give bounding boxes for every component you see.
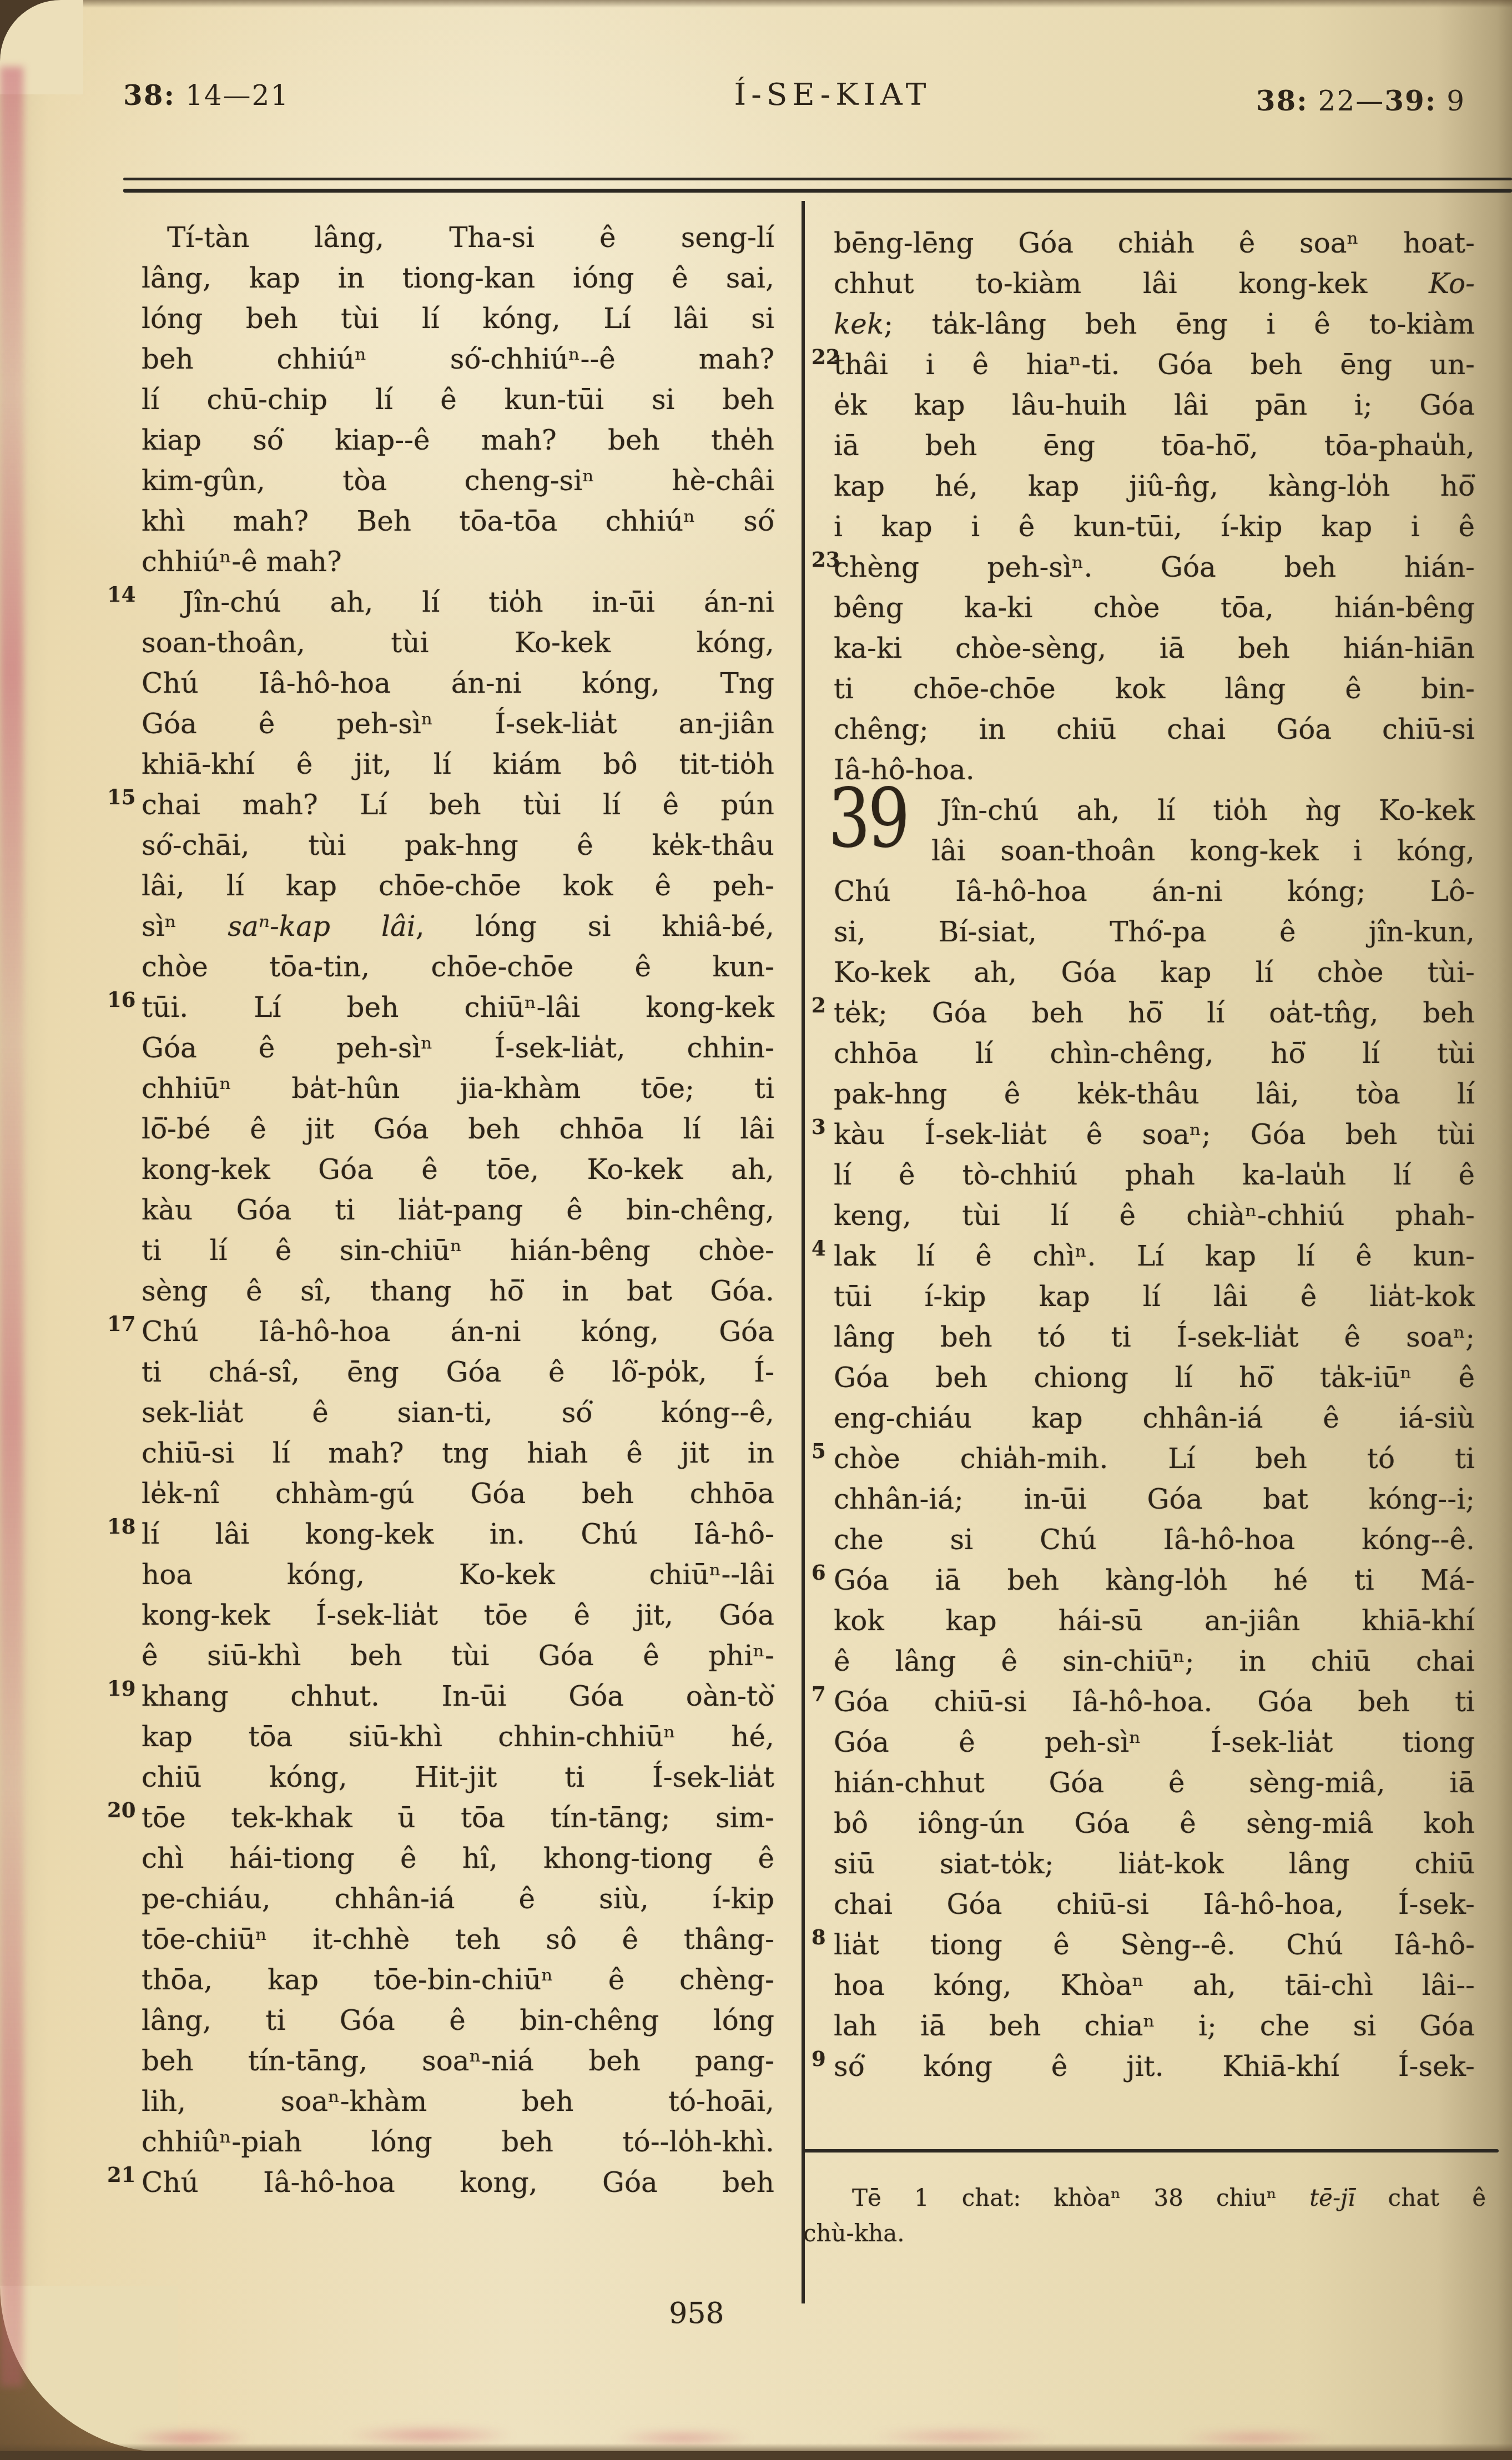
text-line: só͘-chāi, tùi pak-hng ê ke̍k-thâu [142, 825, 774, 866]
text-line: bô iông-ún Góa ê sèng-miâ koh [834, 1803, 1475, 1844]
verse-number: 6 [812, 1562, 826, 1583]
text-line: 23chèng peh-sìⁿ. Góa beh hián- [834, 547, 1475, 588]
text-line: bēng-lēng Góa chia̍h ê soaⁿ hoat- [834, 223, 1475, 264]
text-line: lih, soaⁿ-khàm beh tó-hoāi, [142, 2081, 774, 2122]
text-line: chhōa lí chìn-chêng, hō͘ lí tùi [834, 1034, 1475, 1074]
text-line: chhut to-kiàm lâi kong-kek Ko- [834, 264, 1475, 304]
text-line: si, Bí-siat, Thó͘-pa ê jîn-kun, [834, 912, 1475, 952]
text-line: 2te̍k; Góa beh hō͘ lí oa̍t-tn̂g, beh [834, 993, 1475, 1034]
text-line: Chú Iâ-hô-hoa án-ni kóng, Tng [142, 663, 774, 704]
text-line: che si Chú Iâ-hô-hoa kóng--ê. [834, 1520, 1475, 1560]
text-line: lâi soan-thoân kong-kek i kóng, [834, 831, 1475, 871]
text-line: bêng ka-ki chòe tōa, hián-bêng [834, 588, 1475, 628]
column-divider-rule [802, 201, 805, 2303]
text-line: 19khang chhut. In-ūi Góa oàn-tò͘ [142, 1676, 774, 1717]
text-line: 3kàu Í-sek-lia̍t ê soaⁿ; Góa beh tùi [834, 1115, 1475, 1155]
text-line: Góa ê peh-sìⁿ Í-sek-lia̍t an-jiân [142, 704, 774, 744]
text-line: kiap só͘ kiap--ê mah? beh the̍h [142, 420, 774, 461]
text-segment: sìⁿ [142, 910, 228, 942]
header-double-rule-top [123, 178, 1512, 180]
text-line: siū siat-to̍k; lia̍t-kok lâng chiū [834, 1844, 1475, 1884]
page-edge-bottom [0, 2451, 1512, 2460]
verse-number: 16 [107, 990, 136, 1010]
verse-number: 17 [107, 1314, 136, 1334]
text-line: 15chai mah? Lí beh tùi lí ê pún [142, 785, 774, 825]
text-line: chiū-si lí mah? tng hiah ê jit in [142, 1433, 774, 1474]
text-line: 8lia̍t tiong ê Sèng--ê. Chú Iâ-hô- [834, 1925, 1475, 1965]
verse-number: 4 [812, 1238, 826, 1259]
text-line: 14Jîn-chú ah, lí tio̍h in-ūi án-ni [142, 582, 774, 623]
text-segment: 9 [1437, 85, 1465, 117]
text-line: chiū kóng, Hit-jit ti Í-sek-lia̍t [142, 1757, 774, 1798]
text-segment: kek [834, 308, 884, 340]
text-line: 9só͘ kóng ê jit. Khiā-khí Í-sek- [834, 2046, 1475, 2087]
text-line: soan-thoân, tùi Ko-kek kóng, [142, 623, 774, 663]
text-line: Góa ê peh-sìⁿ Í-sek-lia̍t, chhin- [142, 1028, 774, 1068]
text-line: 21Chú Iâ-hô-hoa kong, Góa beh [142, 2162, 774, 2203]
verse-number: 21 [107, 2165, 136, 2185]
text-segment: chat ê [1355, 2184, 1486, 2211]
page-edge-bottom-shade [0, 2443, 1512, 2451]
text-line: ti lí ê sin-chiūⁿ hián-bêng chòe- [142, 1231, 774, 1271]
text-line: lí ê tò-chhiú phah ka-lau̍h lí ê [834, 1155, 1475, 1196]
text-line: kim-gûn, tòa cheng-siⁿ hè-châi [142, 461, 774, 501]
text-line: e̍k kap lâu-huih lâi pān i; Góa [834, 385, 1475, 426]
footnote-block: Tē 1 chat: khòaⁿ 38 chiuⁿ tē-jī chat êch… [803, 2180, 1486, 2251]
text-line: chêng; in chiū chai Góa chiū-si [834, 709, 1475, 750]
text-line: ê lâng ê sin-chiūⁿ; in chiū chai [834, 1641, 1475, 1682]
text-line: Góa ê peh-sìⁿ Í-sek-lia̍t tiong [834, 1722, 1475, 1763]
page-edge-top [0, 0, 1512, 8]
text-line: 18lí lâi kong-kek in. Chú Iâ-hô- [142, 1514, 774, 1555]
text-segment: tē-jī [1309, 2184, 1355, 2211]
text-segment: 14—21 [175, 79, 289, 112]
text-line: tūi í-kip kap lí lâi ê lia̍t-kok [834, 1277, 1475, 1317]
verse-number: 20 [107, 1800, 136, 1821]
text-line: 17Chú Iâ-hô-hoa án-ni kóng, Góa [142, 1312, 774, 1352]
text-line: chù-kha. [803, 2216, 1486, 2251]
header-double-rule-bottom [123, 189, 1512, 193]
text-segment: chhut to-kiàm lâi kong-kek [834, 268, 1429, 300]
text-line: iā beh ēng tōa-hō͘, tōa-phau̍h, [834, 426, 1475, 466]
text-line: 6Góa iā beh kàng-lo̍h hé ti Má- [834, 1560, 1475, 1601]
page-edge-stain-left [0, 67, 23, 2387]
text-line: chhiûⁿ-piah lóng beh tó--lo̍h-khì. [142, 2122, 774, 2162]
text-line: pak-hng ê ke̍k-thâu lâi, tòa lí [834, 1074, 1475, 1115]
text-line: chòe tōa-tin, chōe-chōe ê kun- [142, 947, 774, 987]
text-line: chai Góa chiū-si Iâ-hô-hoa, Í-sek- [834, 1884, 1475, 1925]
footnote-rule [803, 2149, 1499, 2152]
text-line: lah iā beh chiaⁿ i; che si Góa [834, 2006, 1475, 2046]
text-line: beh chhiúⁿ só͘-chhiúⁿ--ê mah? [142, 339, 774, 380]
text-line: khì mah? Beh tōa-tōa chhiúⁿ só͘ [142, 501, 774, 542]
text-line: kàu Góa ti lia̍t-pang ê bin-chêng, [142, 1190, 774, 1231]
verse-number: 5 [812, 1441, 826, 1461]
left-text-column: Tí-tàn lâng, Tha-si ê seng-lílâng, kap i… [142, 218, 774, 2203]
right-text-column: 39 bēng-lēng Góa chia̍h ê soaⁿ hoat-chhu… [834, 223, 1475, 2087]
text-line: kek; ta̍k-lâng beh ēng i ê to-kiàm [834, 304, 1475, 345]
verse-number: 3 [812, 1117, 826, 1137]
text-line: Tē 1 chat: khòaⁿ 38 chiuⁿ tē-jī chat ê [803, 2180, 1486, 2216]
text-line: chhiūⁿ ba̍t-hûn jia-khàm tōe; ti [142, 1068, 774, 1109]
text-line: lâng beh tó ti Í-sek-lia̍t ê soaⁿ; [834, 1317, 1475, 1358]
text-line: 16tūi. Lí beh chiūⁿ-lâi kong-kek [142, 987, 774, 1028]
text-line: ti chá-sî, ēng Góa ê lô͘-po̍k, Í- [142, 1352, 774, 1393]
text-line: tōe-chiūⁿ it-chhè teh sô ê thâng- [142, 1919, 774, 1960]
text-line: kong-kek Í-sek-lia̍t tōe ê jit, Góa [142, 1595, 774, 1636]
text-segment: 38: [1256, 84, 1308, 117]
text-line: 20tōe tek-khak ū tōa tín-tāng; sim- [142, 1798, 774, 1838]
text-line: khiā-khí ê jit, lí kiám bô tit-tio̍h [142, 744, 774, 785]
text-line: Iâ-hô-hoa. [834, 750, 1475, 790]
text-line: lâng, ti Góa ê bin-chêng lóng [142, 2000, 774, 2041]
text-line: Ko-kek ah, Góa kap lí chòe tùi- [834, 952, 1475, 993]
page-number: 958 [633, 2297, 760, 2330]
text-line: hoa kóng, Khòaⁿ ah, tāi-chì lâi-- [834, 1965, 1475, 2006]
text-line: 22thâi i ê hiaⁿ-ti. Góa beh ēng un- [834, 345, 1475, 385]
verse-number: 8 [812, 1927, 826, 1948]
text-segment: 39: [1384, 84, 1437, 117]
book-page-scan: 38: 14—21 Í-SE-KIAT 38: 22—39: 9 Tí-tàn … [0, 0, 1512, 2460]
text-line: le̍k-nî chhàm-gú Góa beh chhōa [142, 1474, 774, 1514]
text-line: kap tōa siū-khì chhin-chhiūⁿ hé, [142, 1717, 774, 1757]
text-line: i kap i ê kun-tūi, í-kip kap i ê [834, 507, 1475, 547]
text-line: hián-chhut Góa ê sèng-miâ, iā [834, 1763, 1475, 1803]
text-line: 5chòe chia̍h-mih. Lí beh tó ti [834, 1439, 1475, 1479]
text-line: kok kap hái-sū an-jiân khiā-khí [834, 1601, 1475, 1641]
verse-number: 19 [107, 1678, 136, 1699]
text-line: sìⁿ saⁿ-kap lâi, lóng si khiâ-bé, [142, 906, 774, 947]
text-line: Tí-tàn lâng, Tha-si ê seng-lí [142, 218, 774, 258]
text-line: ti chōe-chōe kok lâng ê bin- [834, 669, 1475, 709]
text-segment: , lóng si khiâ-bé, [416, 910, 774, 942]
text-line: chhân-iá; in-ūi Góa bat kóng--i; [834, 1479, 1475, 1520]
text-segment: Ko- [1429, 268, 1475, 300]
text-line: kap hé, kap jiû-n̂g, kàng-lo̍h hō͘ [834, 466, 1475, 507]
text-segment: Tē 1 chat: khòaⁿ 38 chiuⁿ [852, 2184, 1309, 2211]
header-verse-range-left: 38: 14—21 [123, 79, 289, 112]
text-segment: ; ta̍k-lâng beh ēng i ê to-kiàm [884, 308, 1475, 340]
text-line: keng, tùi lí ê chiàⁿ-chhiú phah- [834, 1196, 1475, 1236]
text-line: sek-lia̍t ê sian-ti, só͘ kóng--ê, [142, 1393, 774, 1433]
text-line: thōa, kap tōe-bin-chiūⁿ ê chèng- [142, 1960, 774, 2000]
page-title: Í-SE-KIAT [638, 77, 1027, 112]
verse-number: 2 [812, 995, 826, 1016]
text-line: hoa kóng, Ko-kek chiūⁿ--lâi [142, 1555, 774, 1595]
text-line: lóng beh tùi lí kóng, Lí lâi si [142, 299, 774, 339]
verse-number: 9 [812, 2049, 826, 2069]
verse-number: 23 [812, 550, 840, 570]
text-line: 4lak lí ê chìⁿ. Lí kap lí ê kun- [834, 1236, 1475, 1277]
text-line: sèng ê sî, thang hō͘ in bat Góa. [142, 1271, 774, 1312]
text-line: ê siū-khì beh tùi Góa ê phiⁿ- [142, 1636, 774, 1676]
text-line: lâng, kap in tiong-kan ióng ê sai, [142, 258, 774, 299]
text-line: Jîn-chú ah, lí tio̍h ǹg Ko-kek [834, 790, 1475, 831]
verse-number: 14 [107, 584, 136, 605]
text-line: lō͘-bé ê jit Góa beh chhōa lí lâi [142, 1109, 774, 1150]
verse-number: 22 [812, 347, 840, 367]
text-line: chhiúⁿ-ê mah? [142, 542, 774, 582]
text-line: kong-kek Góa ê tōe, Ko-kek ah, [142, 1150, 774, 1190]
text-line: 7Góa chiū-si Iâ-hô-hoa. Góa beh ti [834, 1682, 1475, 1722]
verse-number: 15 [107, 787, 136, 808]
text-line: lí chū-chip lí ê kun-tūi si beh [142, 380, 774, 420]
verse-number: 18 [107, 1516, 136, 1537]
text-line: Góa beh chiong lí hō͘ ta̍k-iūⁿ ê [834, 1358, 1475, 1398]
text-line: ka-ki chòe-sèng, iā beh hián-hiān [834, 628, 1475, 669]
text-line: chì hái-tiong ê hî, khong-tiong ê [142, 1838, 774, 1879]
text-line: pe-chiáu, chhân-iá ê siù, í-kip [142, 1879, 774, 1919]
page-edge-stain-bottom [83, 2420, 1415, 2446]
text-line: eng-chiáu kap chhân-iá ê iá-siù [834, 1398, 1475, 1439]
header-verse-range-right: 38: 22—39: 9 [1256, 84, 1465, 117]
text-segment: saⁿ-kap lâi [228, 910, 415, 942]
text-line: beh tín-tāng, soaⁿ-niá beh pang- [142, 2041, 774, 2081]
text-segment: 22— [1308, 85, 1385, 117]
text-line: Chú Iâ-hô-hoa án-ni kóng; Lô- [834, 871, 1475, 912]
verse-number: 7 [812, 1684, 826, 1705]
text-segment: 38: [123, 79, 175, 112]
text-line: lâi, lí kap chōe-chōe kok ê peh- [142, 866, 774, 906]
